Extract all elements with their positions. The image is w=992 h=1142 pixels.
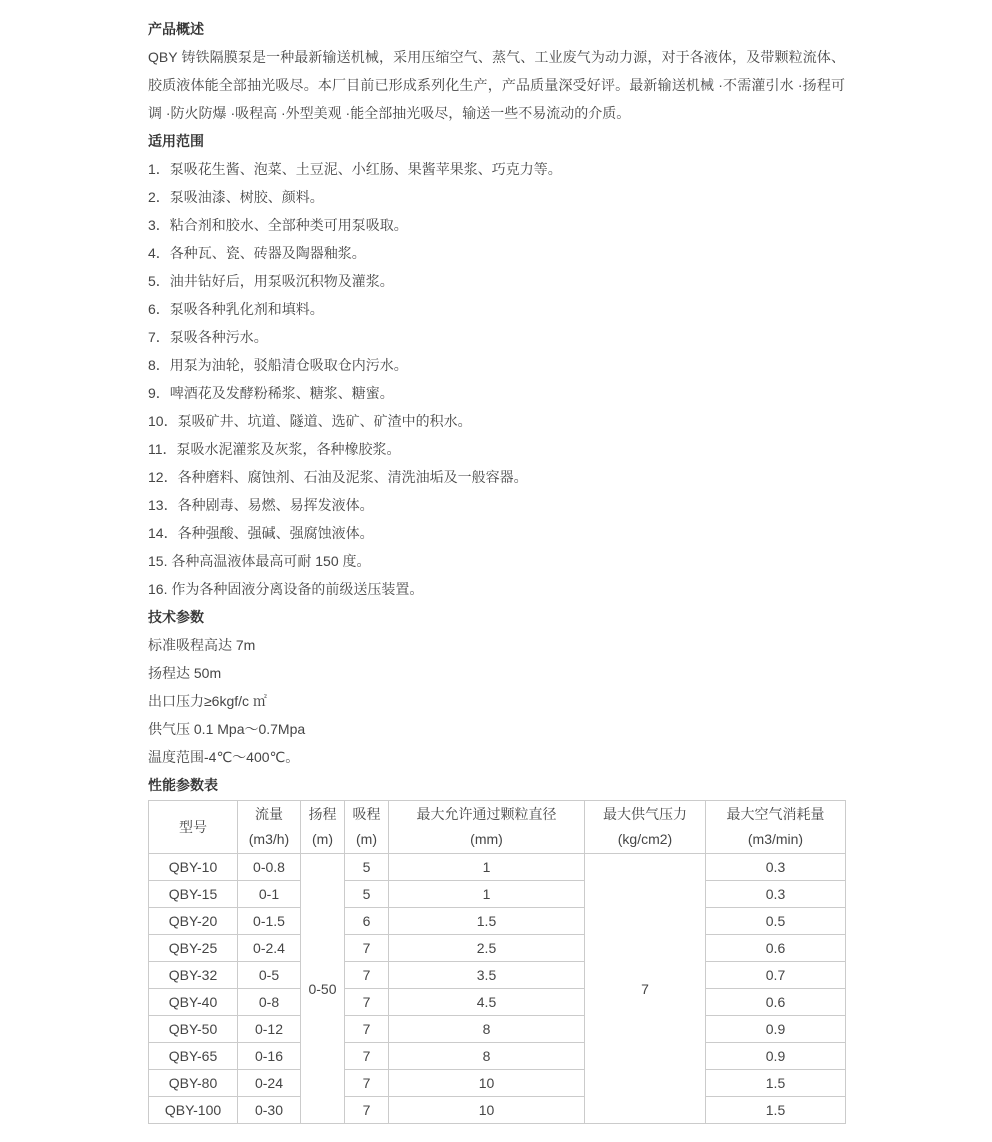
performance-table-header: 型号 流量 (m3/h) 扬程 (m) 吸程 (m) 最大允许通过颗粒直径 <box>149 801 846 854</box>
col-header-particle-label: 最大允许通过颗粒直径 <box>389 802 584 827</box>
col-header-air-consumption-label: 最大空气消耗量 <box>706 802 845 827</box>
table-row: QBY-800-247101.5 <box>149 1070 846 1097</box>
col-header-suction-unit: (m) <box>345 827 388 852</box>
cell-flow: 0-2.4 <box>238 935 301 962</box>
col-header-air-pressure: 最大供气压力 (kg/cm2) <box>585 801 706 854</box>
cell-particle: 1 <box>389 881 585 908</box>
scope-list-item: 5．油井钻好后，用泵吸沉积物及灌浆。 <box>148 267 845 295</box>
table-row: QBY-200-1.561.50.5 <box>149 908 846 935</box>
cell-suction: 5 <box>345 854 389 881</box>
col-header-suction-label: 吸程 <box>345 802 388 827</box>
cell-particle: 4.5 <box>389 989 585 1016</box>
cell-consumption: 0.9 <box>706 1016 846 1043</box>
section-heading-tech: 技术参数 <box>148 603 845 631</box>
scope-list-item: 13．各种剧毒、易燃、易挥发液体。 <box>148 491 845 519</box>
section-heading-overview: 产品概述 <box>148 15 845 43</box>
col-header-air-consumption: 最大空气消耗量 (m3/min) <box>706 801 846 854</box>
col-header-air-pressure-unit: (kg/cm2) <box>585 827 705 852</box>
scope-list-item: 1．泵吸花生酱、泡菜、土豆泥、小红肠、果酱苹果浆、巧克力等。 <box>148 155 845 183</box>
col-header-head-unit: (m) <box>301 827 344 852</box>
cell-consumption: 0.9 <box>706 1043 846 1070</box>
scope-list-item: 10．泵吸矿井、坑道、隧道、选矿、矿渣中的积水。 <box>148 407 845 435</box>
cell-particle: 3.5 <box>389 962 585 989</box>
scope-list-item: 16. 作为各种固液分离设备的前级送压装置。 <box>148 575 845 603</box>
table-row: QBY-250-2.472.50.6 <box>149 935 846 962</box>
col-header-air-pressure-label: 最大供气压力 <box>585 802 705 827</box>
performance-table-body: QBY-100-0.80-505170.3QBY-150-1510.3QBY-2… <box>149 854 846 1124</box>
tech-param-line: 温度范围-4℃～400℃。 <box>148 743 845 771</box>
cell-air-pressure-merged: 7 <box>585 854 706 1124</box>
section-heading-scope: 适用范围 <box>148 127 845 155</box>
table-row: QBY-150-1510.3 <box>149 881 846 908</box>
cell-flow: 0-8 <box>238 989 301 1016</box>
cell-model: QBY-20 <box>149 908 238 935</box>
cell-flow: 0-1 <box>238 881 301 908</box>
cell-suction: 5 <box>345 881 389 908</box>
cell-particle: 10 <box>389 1070 585 1097</box>
scope-list-item: 9．啤酒花及发酵粉稀浆、糖浆、糖蜜。 <box>148 379 845 407</box>
cell-model: QBY-100 <box>149 1097 238 1124</box>
cell-suction: 7 <box>345 1016 389 1043</box>
cell-flow: 0-0.8 <box>238 854 301 881</box>
cell-flow: 0-1.5 <box>238 908 301 935</box>
col-header-model: 型号 <box>149 801 238 854</box>
cell-flow: 0-5 <box>238 962 301 989</box>
scope-list-item: 8．用泵为油轮，驳船清仓吸取仓内污水。 <box>148 351 845 379</box>
table-row: QBY-650-16780.9 <box>149 1043 846 1070</box>
cell-model: QBY-50 <box>149 1016 238 1043</box>
cell-suction: 7 <box>345 1043 389 1070</box>
tech-param-line: 供气压 0.1 Mpa～0.7Mpa <box>148 715 845 743</box>
table-row: QBY-400-874.50.6 <box>149 989 846 1016</box>
cell-consumption: 0.3 <box>706 854 846 881</box>
col-header-head: 扬程 (m) <box>301 801 345 854</box>
table-row: QBY-100-0.80-505170.3 <box>149 854 846 881</box>
cell-consumption: 1.5 <box>706 1097 846 1124</box>
cell-particle: 1 <box>389 854 585 881</box>
cell-model: QBY-25 <box>149 935 238 962</box>
cell-model: QBY-80 <box>149 1070 238 1097</box>
product-document: 产品概述 QBY 铸铁隔膜泵是一种最新输送机械，采用压缩空气、蒸气、工业废气为动… <box>148 0 845 1124</box>
cell-model: QBY-65 <box>149 1043 238 1070</box>
scope-list-item: 2．泵吸油漆、树胶、颜料。 <box>148 183 845 211</box>
table-row: QBY-1000-307101.5 <box>149 1097 846 1124</box>
cell-consumption: 0.6 <box>706 935 846 962</box>
scope-list-item: 14．各种强酸、强碱、强腐蚀液体。 <box>148 519 845 547</box>
cell-particle: 8 <box>389 1043 585 1070</box>
header-row: 型号 流量 (m3/h) 扬程 (m) 吸程 (m) 最大允许通过颗粒直径 <box>149 801 846 854</box>
cell-flow: 0-16 <box>238 1043 301 1070</box>
scope-list-item: 4．各种瓦、瓷、砖器及陶器釉浆。 <box>148 239 845 267</box>
cell-particle: 10 <box>389 1097 585 1124</box>
cell-consumption: 0.6 <box>706 989 846 1016</box>
cell-suction: 7 <box>345 1070 389 1097</box>
cell-suction: 7 <box>345 962 389 989</box>
cell-model: QBY-32 <box>149 962 238 989</box>
cell-suction: 7 <box>345 1097 389 1124</box>
cell-suction: 7 <box>345 989 389 1016</box>
cell-flow: 0-12 <box>238 1016 301 1043</box>
cell-model: QBY-40 <box>149 989 238 1016</box>
cell-consumption: 0.3 <box>706 881 846 908</box>
col-header-flow-label: 流量 <box>238 802 300 827</box>
scope-list-item: 15. 各种高温液体最高可耐 150 度。 <box>148 547 845 575</box>
cell-flow: 0-30 <box>238 1097 301 1124</box>
col-header-head-label: 扬程 <box>301 802 344 827</box>
cell-particle: 1.5 <box>389 908 585 935</box>
section-heading-performance: 性能参数表 <box>148 771 845 799</box>
performance-table: 型号 流量 (m3/h) 扬程 (m) 吸程 (m) 最大允许通过颗粒直径 <box>148 800 846 1124</box>
cell-model: QBY-10 <box>149 854 238 881</box>
scope-list: 1．泵吸花生酱、泡菜、土豆泥、小红肠、果酱苹果浆、巧克力等。2．泵吸油漆、树胶、… <box>148 155 845 603</box>
cell-suction: 6 <box>345 908 389 935</box>
cell-particle: 8 <box>389 1016 585 1043</box>
cell-consumption: 0.5 <box>706 908 846 935</box>
table-row: QBY-500-12780.9 <box>149 1016 846 1043</box>
scope-list-item: 7．泵吸各种污水。 <box>148 323 845 351</box>
cell-flow: 0-24 <box>238 1070 301 1097</box>
scope-list-item: 6．泵吸各种乳化剂和填料。 <box>148 295 845 323</box>
col-header-particle-unit: (mm) <box>389 827 584 852</box>
tech-param-line: 标准吸程高达 7m <box>148 631 845 659</box>
col-header-air-consumption-unit: (m3/min) <box>706 827 845 852</box>
scope-list-item: 12．各种磨料、腐蚀剂、石油及泥浆、清洗油垢及一般容器。 <box>148 463 845 491</box>
cell-consumption: 0.7 <box>706 962 846 989</box>
col-header-model-label: 型号 <box>149 815 237 840</box>
table-row: QBY-320-573.50.7 <box>149 962 846 989</box>
cell-particle: 2.5 <box>389 935 585 962</box>
cell-head-range-merged: 0-50 <box>301 854 345 1124</box>
col-header-suction: 吸程 (m) <box>345 801 389 854</box>
tech-params-list: 标准吸程高达 7m扬程达 50m出口压力≥6kgf/c ㎡供气压 0.1 Mpa… <box>148 631 845 771</box>
cell-suction: 7 <box>345 935 389 962</box>
col-header-flow-unit: (m3/h) <box>238 827 300 852</box>
scope-list-item: 11．泵吸水泥灌浆及灰浆，各种橡胶浆。 <box>148 435 845 463</box>
tech-param-line: 出口压力≥6kgf/c ㎡ <box>148 687 845 715</box>
scope-list-item: 3．粘合剂和胶水、全部种类可用泵吸取。 <box>148 211 845 239</box>
cell-consumption: 1.5 <box>706 1070 846 1097</box>
overview-paragraph: QBY 铸铁隔膜泵是一种最新输送机械，采用压缩空气、蒸气、工业废气为动力源，对于… <box>148 43 845 127</box>
tech-param-line: 扬程达 50m <box>148 659 845 687</box>
col-header-particle: 最大允许通过颗粒直径 (mm) <box>389 801 585 854</box>
cell-model: QBY-15 <box>149 881 238 908</box>
col-header-flow: 流量 (m3/h) <box>238 801 301 854</box>
